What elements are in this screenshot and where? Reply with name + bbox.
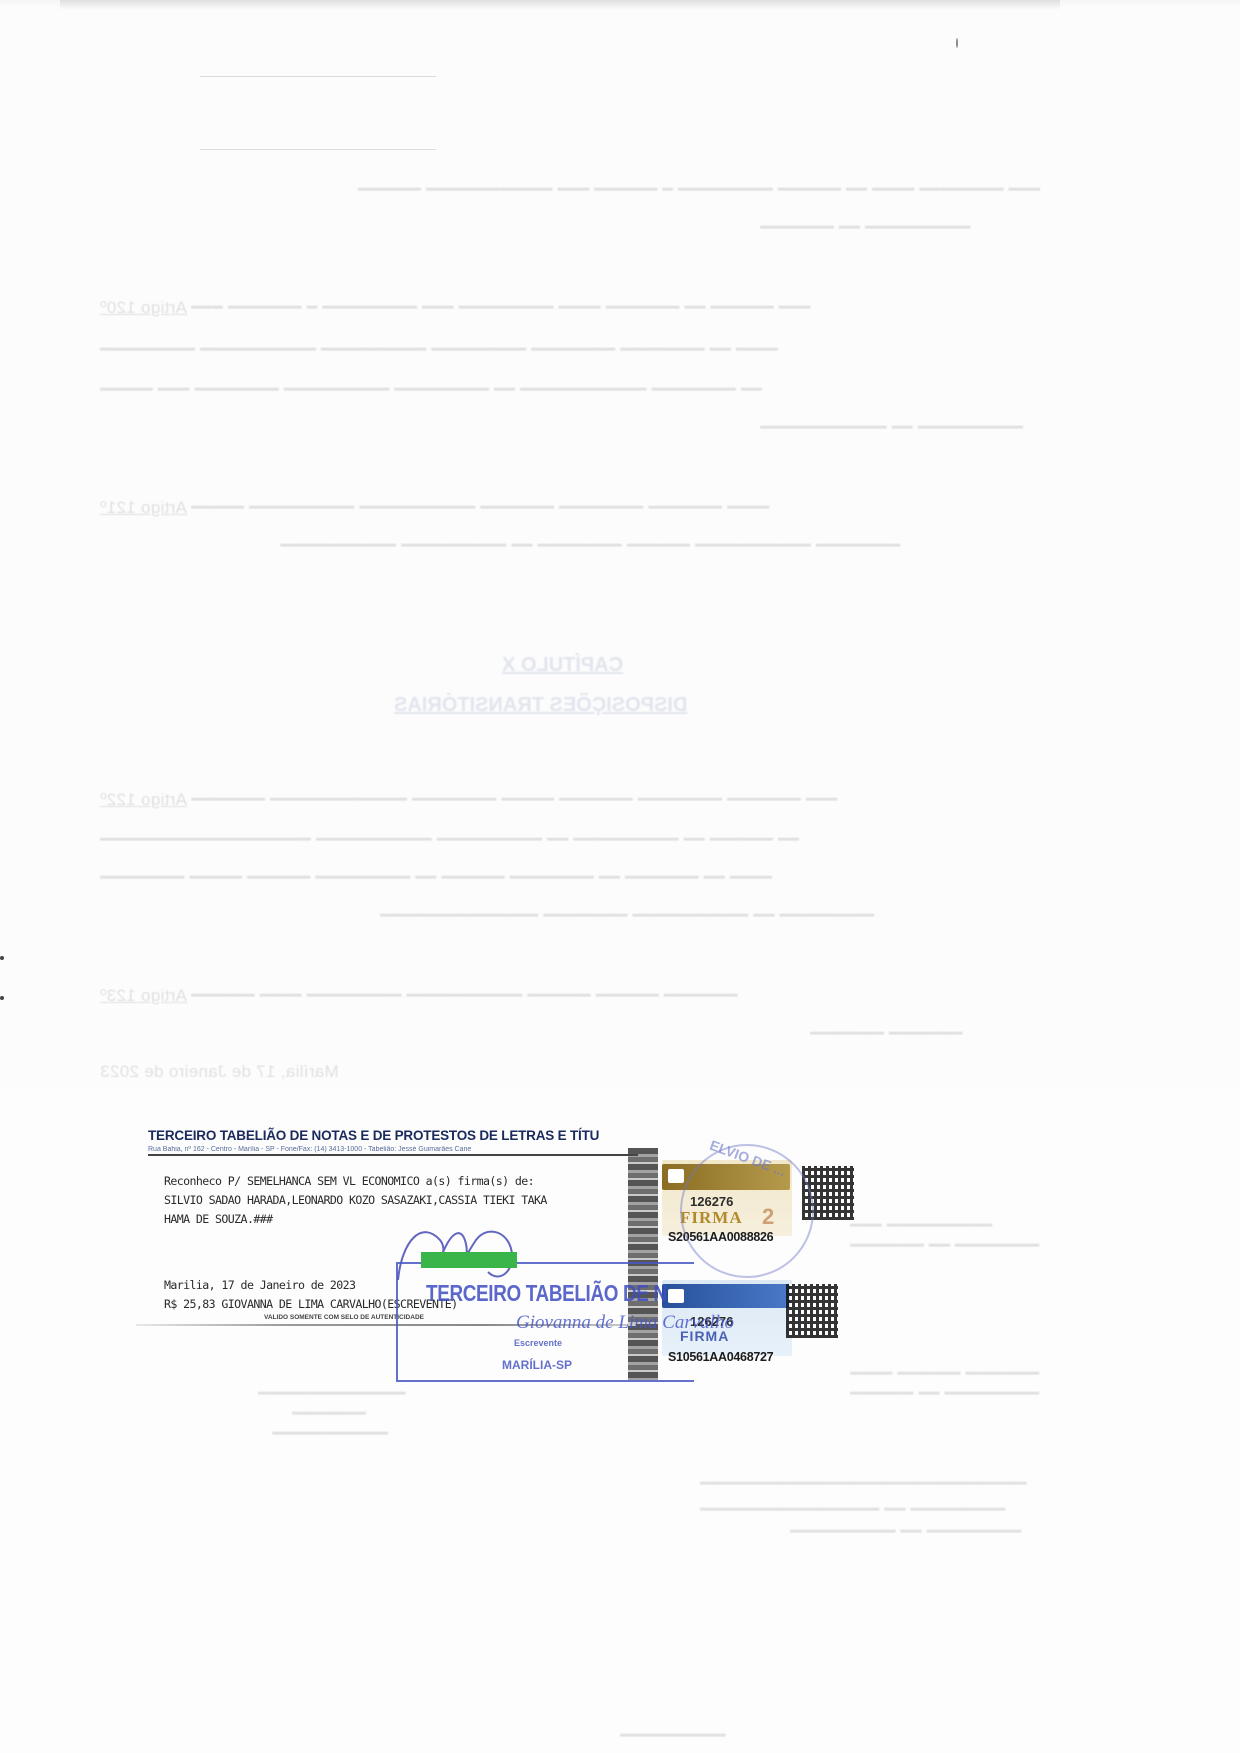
scan-speck <box>956 38 958 48</box>
scan-edge-shadow <box>60 0 1060 10</box>
bleed-chapter-subheading: DISPOSIÇÕES TRANSITÓRIAS <box>394 694 687 717</box>
notary-office-address: Rua Bahia, nº 162 - Centro - Marília - S… <box>148 1146 638 1156</box>
bleed-article-label: Artigo 121º <box>100 498 187 517</box>
bleed-signature-line: ━━━━━━━━━ ━━ ━━━━━━ <box>850 1384 1039 1404</box>
bleed-through-line: ━━━ ━━━━━━━ ━━━━━━━━ ━━━━━━━ ━━━━━ ━━━━━… <box>100 790 837 810</box>
scan-speck <box>0 956 4 960</box>
scan-speck <box>0 996 4 1000</box>
bleed-through-line: ━━━━━━━━━ ━━ ━━━━━━━━━━━ ━━━━━━━━ ━━━━━━… <box>380 906 874 926</box>
rubber-stamp-role: Escrevente <box>514 1338 562 1348</box>
bleed-through-line: ━━━━━━━ ━━━━━━ ━━━━━━ ━━━━━━━━━━━ ━━━━━━… <box>100 986 737 1006</box>
rubber-stamp-name: Giovanna de Lima Carvalho <box>516 1312 734 1334</box>
notary-office-name: TERCEIRO TABELIÃO DE NOTAS E DE PROTESTO… <box>148 1128 599 1143</box>
bleed-through-line: ━━━━━━━━ ━━━━━━━━━━━ ━━━━━━ ━━━━━━━━ ━━ … <box>280 536 900 556</box>
bleed-through-line: ━━━ ━━━━━━ ━━ ━━━━━━━ ━━━━ ━━━━━━━━━ ━━━… <box>100 298 810 318</box>
qr-code-icon <box>786 1284 838 1338</box>
bleed-through-line: ━━ ━━━━━━━━ ━━━━━━━━━━━━ ━━ ━━━━━━━━━ ━━… <box>100 380 762 400</box>
bleed-through-line: ━━━━ ━━ ━━━━━━━ ━━ ━━━━━━━━ ━━━━━━ ━━ ━━… <box>100 868 772 888</box>
scanned-page: ━━━ ━━━━━━━━ ━━━━ ━━ ━━━━━━ ━━━━━━━━━ ━ … <box>0 0 1240 1753</box>
bleed-through-line: ━━━━━━━ ━━━━━━━ <box>810 1024 963 1044</box>
bleed-date-line: Marília, 17 de Janeiro de 2023 <box>100 1062 339 1082</box>
bleed-signature-line: ━━━━━━━━ ━━ ━━━━━━━ <box>850 1236 1039 1256</box>
bleed-article-label: Artigo 120º <box>100 298 187 317</box>
redaction-bar <box>421 1252 517 1268</box>
bleed-through-line: ━━━━ ━━ ━━━━━━━━ ━━━━━━━━ ━━━━━━━━━ ━━━━… <box>100 340 778 360</box>
rubber-stamp-title: TERCEIRO TABELIÃO DE N <box>426 1280 667 1307</box>
bleed-signature-line: ━━━━━━━━━━━━━━ <box>258 1384 406 1404</box>
bleed-signature-line: ━━━━━━━ <box>292 1404 366 1424</box>
bleed-signature-line: ━━━━━━━━━━ ━━━ <box>850 1216 992 1236</box>
bleed-article-label: Artigo 122º <box>100 790 187 809</box>
bleed-through-line: ━━━━━━━━━━ ━━ ━━━━━━━━━━━━ <box>760 418 1023 438</box>
bleed-signature-line: ━━━━━━━━━━━ <box>272 1424 388 1444</box>
bleed-signature-line: ━━━━━━━━━ ━━ ━━━━━━━━━━ <box>790 1522 1021 1542</box>
bleed-through-line: ━━━━━━━━━━ ━━ ━━━━━━━ <box>760 218 970 238</box>
bleed-through-line: ━━━ ━━━━━━━━ ━━━━ ━━ ━━━━━━ ━━━━━━━━━ ━ … <box>100 180 1040 200</box>
bleed-through-box <box>200 76 436 150</box>
recognition-line: SILVIO SADAO HARADA,LEONARDO KOZO SASAZA… <box>164 1191 547 1210</box>
bleed-signature-line: ━━━━━━━━━ ━━ ━━━━━━━━━━━━━━━━━ <box>700 1500 1005 1520</box>
recognition-line: Reconheco P/ SEMELHANCA SEM VL ECONOMICO… <box>164 1172 547 1191</box>
bleed-through-line: ━━━━ ━━━━━━━ ━━━━━━━━ ━━━━━━━ ━━━━━━━━━━… <box>100 498 769 518</box>
bleed-through-line: ━━ ━━━━━━ ━━ ━━━━━━━━━━ ━━ ━━━━━━━━━━ ━━… <box>100 830 799 850</box>
bleed-signature-line: ━━━━━━━ ━━━━━━ ━━━━ <box>850 1364 1039 1384</box>
bleed-chapter-heading: CAPÍTULO X <box>502 654 623 677</box>
bleed-footer: ━━━━━━━━━━ <box>620 1726 725 1746</box>
clerk-rubber-stamp: TERCEIRO TABELIÃO DE N Giovanna de Lima … <box>396 1262 694 1382</box>
rubber-stamp-city: MARÍLIA-SP <box>502 1358 572 1372</box>
registry-logo-icon <box>668 1169 684 1183</box>
bleed-article-label: Artigo 123º <box>100 986 187 1005</box>
bleed-signature-line: ━━━━━━━━━━━━━━━━━━━━━━━━━━━━━━━ <box>700 1474 1027 1494</box>
